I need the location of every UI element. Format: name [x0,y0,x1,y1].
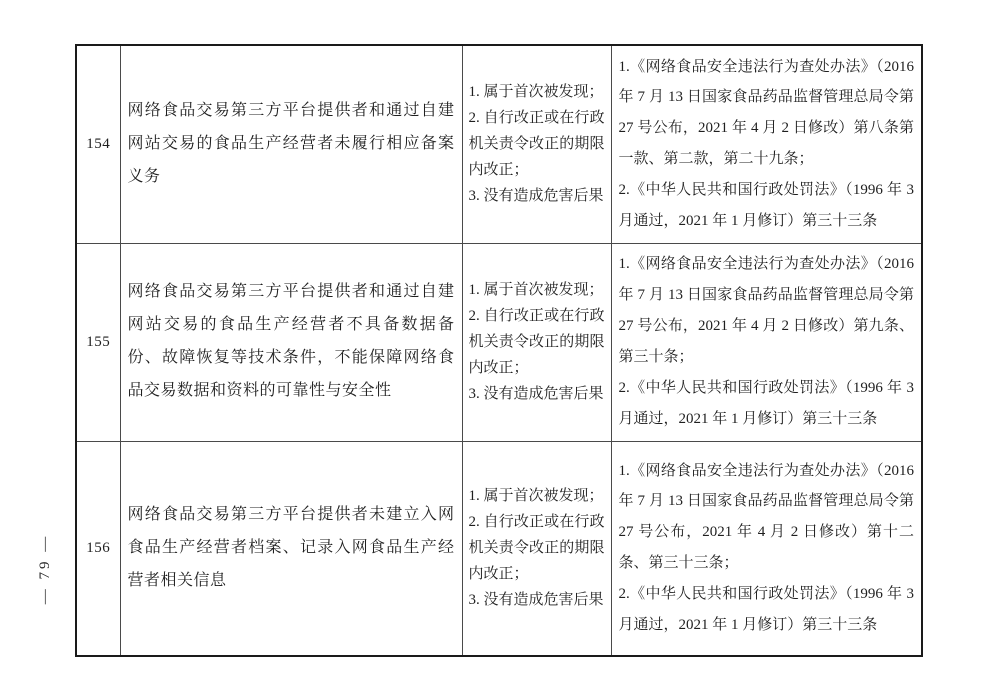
legal-basis-item: 2.《中华人民共和国行政处罚法》（1996 年 3 月通过，2021 年 1 月… [619,373,915,435]
legal-basis-cell: 1.《网络食品安全违法行为查处办法》（2016 年 7 月 13 日国家食品药品… [611,243,922,441]
row-number: 154 [76,45,120,243]
condition-item: 1. 属于首次被发现； [469,483,605,509]
legal-basis-item: 2.《中华人民共和国行政处罚法》（1996 年 3 月通过，2021 年 1 月… [619,175,915,237]
violation-cell: 网络食品交易第三方平台提供者未建立入网食品生产经营者档案、记录入网食品生产经营者… [120,441,462,656]
conditions-cell: 1. 属于首次被发现； 2. 自行改正或在行政机关责令改正的期限内改正； 3. … [462,441,611,656]
legal-basis-item: 1.《网络食品安全违法行为查处办法》（2016 年 7 月 13 日国家食品药品… [619,52,915,176]
legal-basis-item: 2.《中华人民共和国行政处罚法》（1996 年 3 月通过，2021 年 1 月… [619,579,915,641]
violation-cell: 网络食品交易第三方平台提供者和通过自建网站交易的食品生产经营者未履行相应备案义务 [120,45,462,243]
legal-basis-item: 1.《网络食品安全违法行为查处办法》（2016 年 7 月 13 日国家食品药品… [619,249,915,373]
violation-cell: 网络食品交易第三方平台提供者和通过自建网站交易的食品生产经营者不具备数据备份、故… [120,243,462,441]
condition-item: 2. 自行改正或在行政机关责令改正的期限内改正； [469,105,605,183]
table-row: 154 网络食品交易第三方平台提供者和通过自建网站交易的食品生产经营者未履行相应… [76,45,922,243]
regulations-table: 154 网络食品交易第三方平台提供者和通过自建网站交易的食品生产经营者未履行相应… [75,44,923,657]
condition-item: 3. 没有造成危害后果 [469,587,605,613]
document-page: — 79 — 154 网络食品交易第三方平台提供者和通过自建网站交易的食品生产经… [0,0,994,677]
page-number-text: — 79 — [37,534,54,605]
conditions-cell: 1. 属于首次被发现； 2. 自行改正或在行政机关责令改正的期限内改正； 3. … [462,243,611,441]
condition-item: 2. 自行改正或在行政机关责令改正的期限内改正； [469,303,605,381]
condition-item: 1. 属于首次被发现； [469,79,605,105]
table-row: 155 网络食品交易第三方平台提供者和通过自建网站交易的食品生产经营者不具备数据… [76,243,922,441]
row-number: 155 [76,243,120,441]
table-row: 156 网络食品交易第三方平台提供者未建立入网食品生产经营者档案、记录入网食品生… [76,441,922,656]
violation-text: 网络食品交易第三方平台提供者未建立入网食品生产经营者档案、记录入网食品生产经营者… [128,499,455,597]
condition-item: 3. 没有造成危害后果 [469,183,605,209]
legal-basis-cell: 1.《网络食品安全违法行为查处办法》（2016 年 7 月 13 日国家食品药品… [611,45,922,243]
conditions-cell: 1. 属于首次被发现； 2. 自行改正或在行政机关责令改正的期限内改正； 3. … [462,45,611,243]
violation-text: 网络食品交易第三方平台提供者和通过自建网站交易的食品生产经营者不具备数据备份、故… [128,276,455,407]
row-number: 156 [76,441,120,656]
legal-basis-item: 1.《网络食品安全违法行为查处办法》（2016 年 7 月 13 日国家食品药品… [619,456,915,580]
condition-item: 1. 属于首次被发现； [469,277,605,303]
condition-item: 2. 自行改正或在行政机关责令改正的期限内改正； [469,509,605,587]
violation-text: 网络食品交易第三方平台提供者和通过自建网站交易的食品生产经营者未履行相应备案义务 [128,95,455,193]
legal-basis-cell: 1.《网络食品安全违法行为查处办法》（2016 年 7 月 13 日国家食品药品… [611,441,922,656]
condition-item: 3. 没有造成危害后果 [469,381,605,407]
